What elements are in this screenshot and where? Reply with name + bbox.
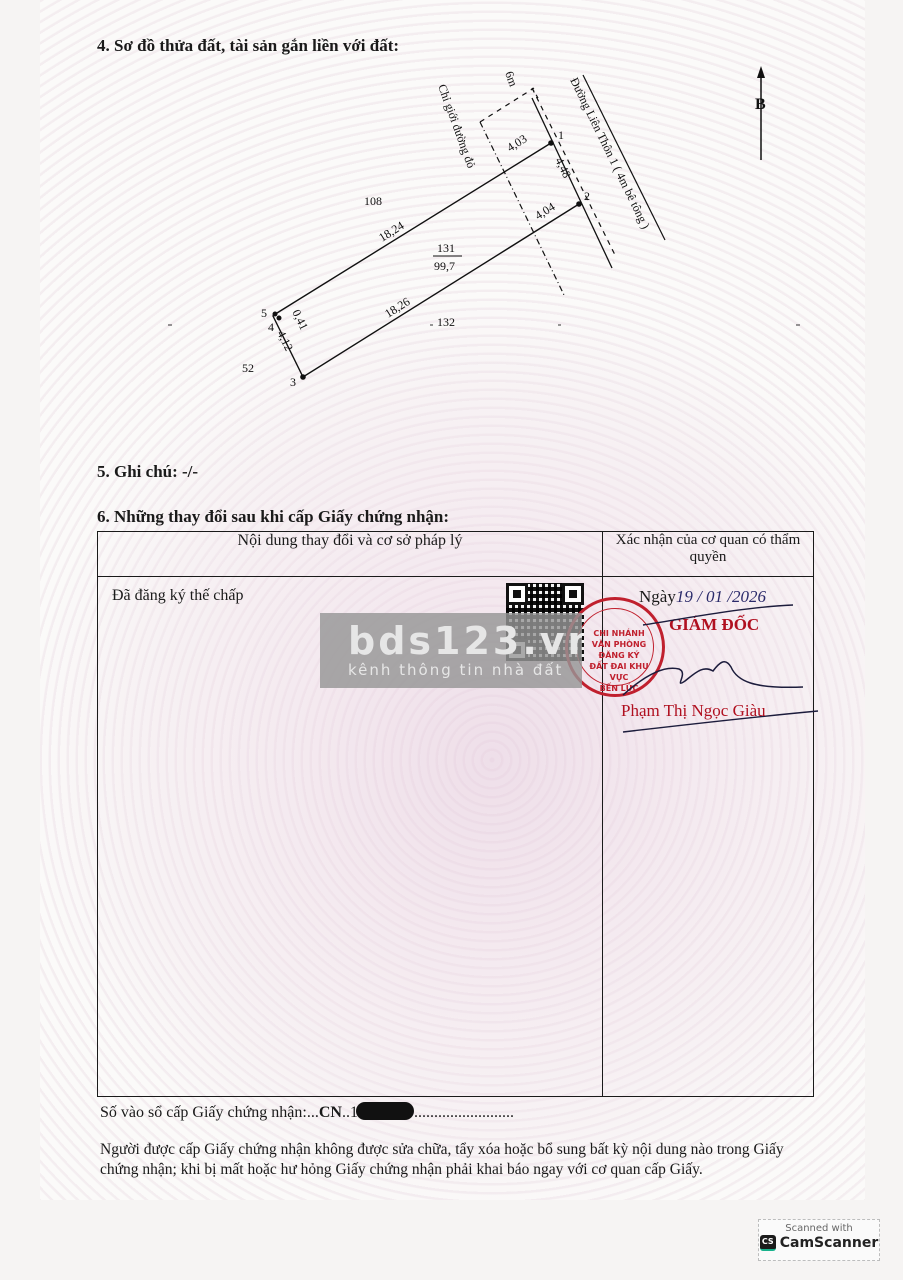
svg-text:4: 4 (268, 320, 274, 334)
svg-text:18,26: 18,26 (382, 294, 412, 320)
section-5-heading: 5. Ghi chú: -/- (97, 462, 198, 482)
parcel-area: 99,7 (434, 259, 455, 273)
camscanner-badge: Scanned with CS CamScanner (758, 1219, 880, 1261)
header-content: Nội dung thay đổi và cơ sở pháp lý (98, 532, 603, 577)
notice-text: Người được cấp Giấy chứng nhận không đượ… (100, 1140, 820, 1180)
svg-text:4,12: 4,12 (274, 328, 296, 353)
change-entry: Đã đăng ký thế chấp (112, 587, 244, 605)
registration-number: Số vào sổ cấp Giấy chứng nhận:...CN..1..… (100, 1102, 514, 1122)
svg-text:6m: 6m (502, 69, 521, 89)
svg-text:0,41: 0,41 (289, 307, 311, 332)
neighbor-52: 52 (242, 361, 254, 375)
confirmation-cell: CHI NHÁNH VĂN PHÒNG ĐĂNG KÝ ĐẤT ĐAI KHU … (603, 577, 814, 1097)
header-confirmation: Xác nhận của cơ quan có thẩm quyền (603, 532, 814, 577)
signer-name: Phạm Thị Ngọc Giàu (621, 701, 766, 721)
neighbor-132: 132 (437, 315, 455, 329)
svg-text:Đường Liên Thôn 1 ( 4m bê tông: Đường Liên Thôn 1 ( 4m bê tông ) (567, 75, 653, 231)
bds123-watermark: bds123.vn kênh thông tin nhà đất (320, 613, 582, 688)
section-6-heading: 6. Những thay đổi sau khi cấp Giấy chứng… (97, 507, 449, 527)
signer-title: GIÁM ĐỐC (669, 615, 759, 635)
parcel-number: 131 (437, 241, 455, 255)
svg-text:2: 2 (584, 189, 590, 203)
svg-text:Chỉ giới đường đỏ: Chỉ giới đường đỏ (435, 82, 478, 170)
svg-text:18,24: 18,24 (376, 218, 406, 244)
neighbor-108: 108 (364, 194, 382, 208)
point-1 (548, 140, 554, 146)
svg-text:3: 3 (290, 375, 296, 389)
confirmation-date: Ngày19 / 01 /2026 (639, 587, 766, 607)
svg-text:1: 1 (558, 128, 564, 142)
camscanner-logo-icon: CS (760, 1235, 776, 1251)
svg-text:4,03: 4,03 (504, 132, 529, 155)
point-2 (576, 201, 582, 207)
north-arrow-icon (757, 66, 765, 160)
parcel-diagram: B 1 2 3 4 5 Chỉ giới đường đỏ 6m Đường L… (0, 0, 903, 440)
north-label: B (755, 96, 766, 113)
point-3 (300, 374, 306, 380)
point-4 (277, 316, 282, 321)
point-5 (273, 312, 278, 317)
svg-text:4,48: 4,48 (552, 155, 574, 180)
svg-text:5: 5 (261, 306, 267, 320)
redaction-mark (356, 1102, 414, 1120)
